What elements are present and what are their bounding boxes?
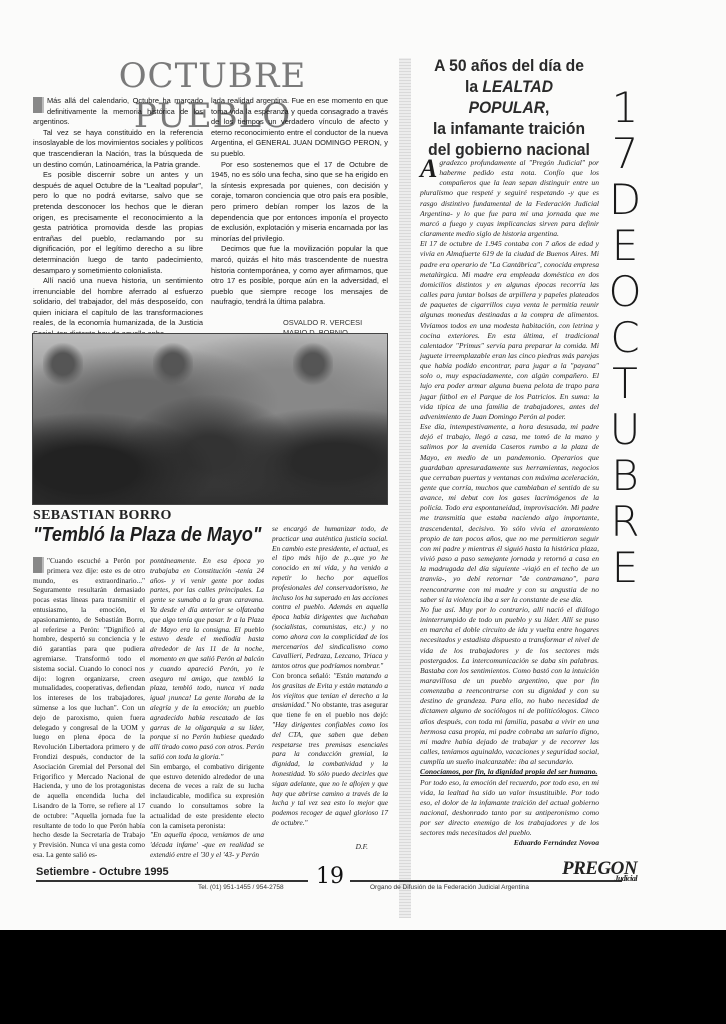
tree-silhouette <box>153 334 193 394</box>
tree-silhouette <box>293 334 333 394</box>
crowd-photo <box>32 333 388 505</box>
column-separator-strip <box>399 58 411 918</box>
article-emphasis-line: Conocíamos, por fin, la dignidad propia … <box>420 767 599 777</box>
footer-rule-left <box>36 880 308 882</box>
interview-column-2: pontáneamente. En esa época yo trabajaba… <box>150 556 264 860</box>
editorial-paragraph: Más allá del calendario, Octubre ha marc… <box>33 96 203 126</box>
right-article-body: Agradezco profundamente al "Pregón Judic… <box>420 158 599 849</box>
vertical-date-17-octubre: 1 7 D E O C T U B R E <box>600 85 650 591</box>
footer-phone: Tel. (01) 951-1455 / 954-2758 <box>198 884 284 891</box>
editorial-paragraph: Decimos que fue la movilización popular … <box>211 244 388 308</box>
article-paragraph: El 17 de octubre de 1.945 contaba con 7 … <box>420 239 599 422</box>
interview-initials: D.F. <box>272 842 388 852</box>
pregon-logo: PREGON Judicial <box>562 858 637 883</box>
editorial-paragraph: Es posible discernir sobre un antes y un… <box>33 170 203 276</box>
footer-issue-date: Setiembre - Octubre 1995 <box>36 866 169 878</box>
tree-silhouette <box>43 334 83 394</box>
interview-column-3: se encargó de humanizar todo, de practic… <box>272 524 388 852</box>
page-number: 19 <box>316 864 344 889</box>
scan-black-border <box>0 930 726 1024</box>
editorial-paragraph: Por eso sostenemos que el 17 de Octubre … <box>211 160 388 245</box>
interview-headline: "Tembló la Plaza de Mayo" <box>33 524 261 547</box>
dropcap-letter: A <box>420 158 437 180</box>
interview-paragraph: Sin embargo, el combativo dirigente que … <box>150 762 264 831</box>
dropcap-block <box>33 557 44 573</box>
interview-quote: "Hay dirigentes confiables como los del … <box>272 720 388 827</box>
editorial-paragraph: Allí nació una nueva historia, un sentim… <box>33 276 203 340</box>
footer-publisher-line: Organo de Difusión de la Federación Judi… <box>370 884 529 891</box>
editorial-column-2: lada realidad argentina. Fue en ese mome… <box>211 96 388 308</box>
article-paragraph: gradezco profundamente al "Pregón Judici… <box>420 158 599 238</box>
newspaper-page: OCTUBRE PUEBLO Más allá del calendario, … <box>0 0 726 930</box>
article-paragraph: Por todo eso, la emoción del recuerdo, p… <box>420 778 599 839</box>
interview-quote: "En aquella época, veníamos de una 'déca… <box>150 830 264 859</box>
editorial-column-1: Más allá del calendario, Octubre ha marc… <box>33 96 203 340</box>
editorial-paragraph: lada realidad argentina. Fue en ese mome… <box>211 96 388 160</box>
interview-text: Con bronca señaló: <box>272 671 330 680</box>
interview-column-1: "Cuando escuché a Perón por primera vez … <box>33 556 145 860</box>
dropcap-block <box>33 97 44 113</box>
interview-kicker: SEBASTIAN BORRO <box>33 508 172 524</box>
right-article-headline: A 50 años del día de la LEALTAD POPULAR,… <box>425 55 592 160</box>
article-author: Eduardo Fernández Novoa <box>420 838 599 848</box>
article-paragraph: No fue así. Muy por lo contrario, allí n… <box>420 605 599 768</box>
editorial-paragraph: Tal vez se haya constituido en la refere… <box>33 128 203 170</box>
interview-quote: se encargó de humanizar todo, de practic… <box>272 524 388 671</box>
interview-quote: pontáneamente. En esa época yo trabajaba… <box>150 556 264 762</box>
interview-paragraph: "Cuando escuché a Perón por primera vez … <box>33 556 145 859</box>
article-paragraph: Ese día, intempestivamente, a hora desus… <box>420 422 599 605</box>
